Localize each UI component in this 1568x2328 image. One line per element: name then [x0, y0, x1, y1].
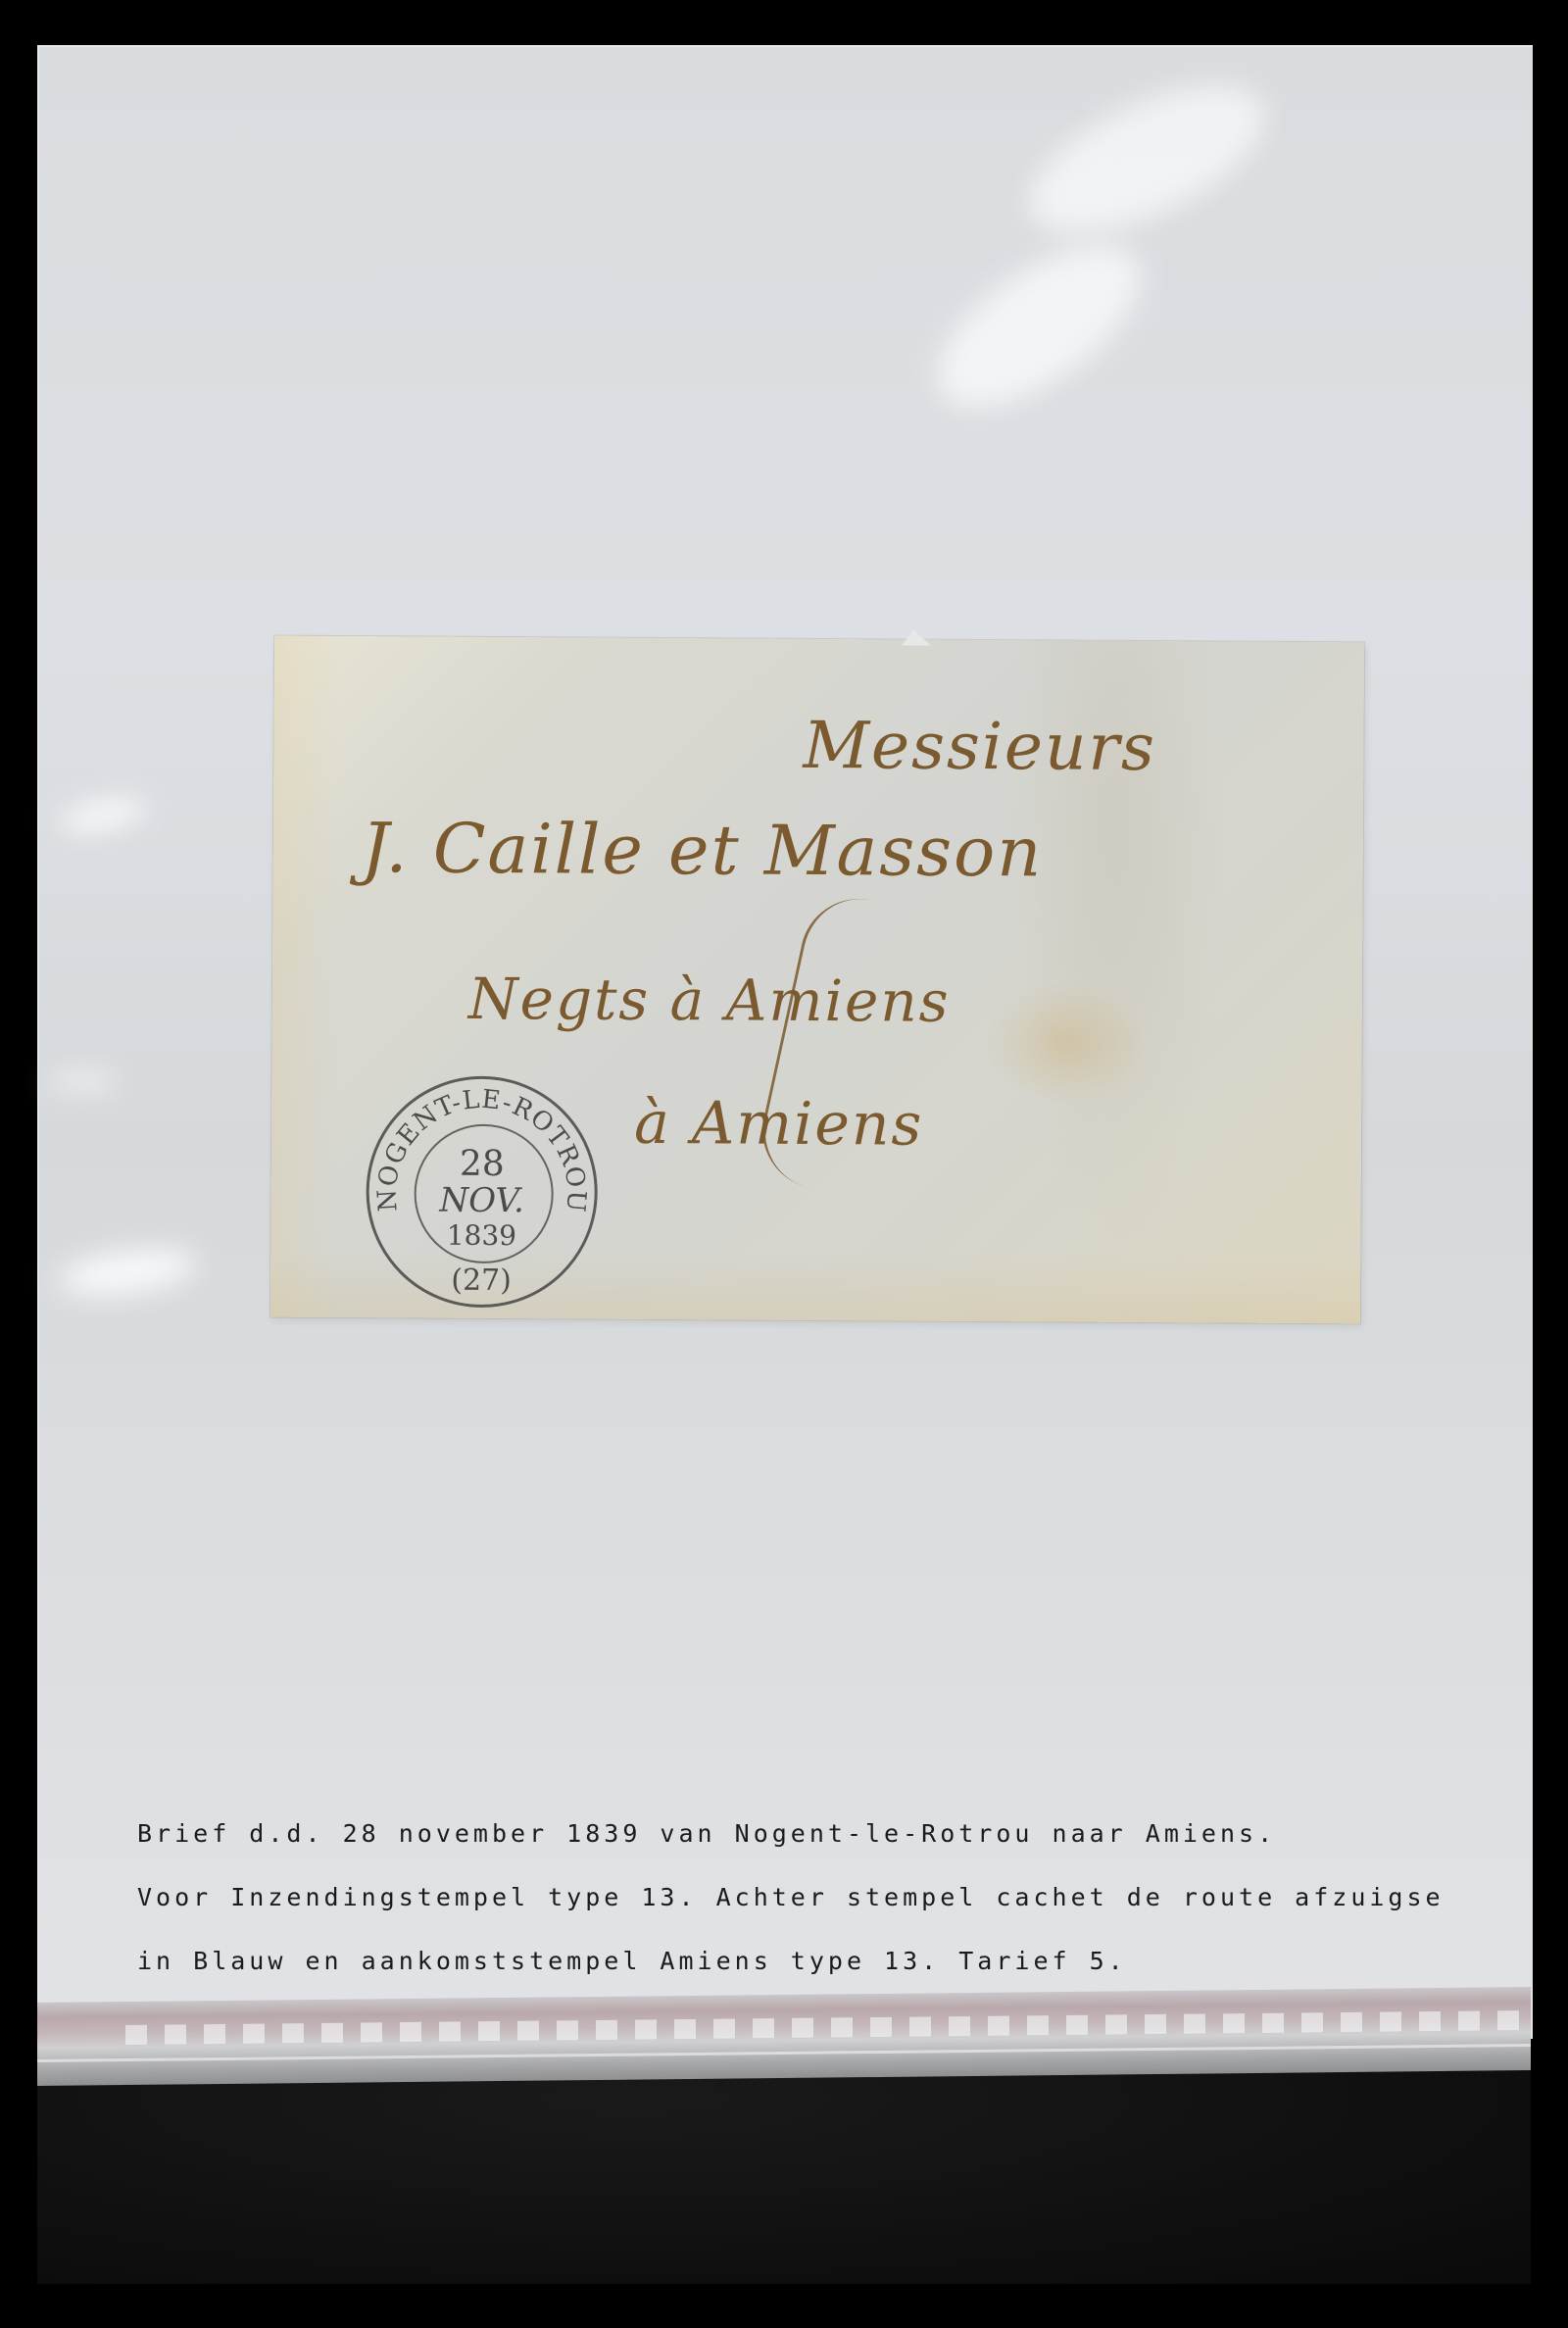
- light-glare: [1008, 57, 1285, 263]
- postmark-year: 1839: [368, 1218, 594, 1252]
- light-glare: [911, 215, 1166, 438]
- light-glare: [57, 793, 149, 838]
- postmark-cancel: NOGENT-LE-ROTROU 28 NOV. 1839 (27): [366, 1075, 598, 1308]
- address-line-salutation: Messieurs: [803, 708, 1156, 785]
- handwritten-annotation: Brief d.d. 28 november 1839 van Nogent-l…: [137, 1807, 1548, 1998]
- light-glare: [49, 1071, 118, 1091]
- postal-cover: Messieurs J. Caille et Masson Negts à Am…: [270, 636, 1364, 1324]
- postmark-department: (27): [368, 1263, 594, 1298]
- postmark-month: NOV.: [368, 1180, 594, 1220]
- annotation-line: Brief d.d. 28 november 1839 van Nogent-l…: [137, 1807, 1548, 1870]
- sleeve-perforations: [116, 2010, 1521, 2045]
- postmark-day: 28: [369, 1143, 595, 1184]
- address-line-recipient: J. Caille et Masson: [362, 808, 1044, 892]
- plastic-sleeve-strip: [37, 1987, 1531, 2086]
- annotation-line: Voor Inzendingstempel type 13. Achter st…: [137, 1870, 1548, 1934]
- light-glare: [57, 1243, 198, 1301]
- sleeve-edge: [37, 2044, 1531, 2062]
